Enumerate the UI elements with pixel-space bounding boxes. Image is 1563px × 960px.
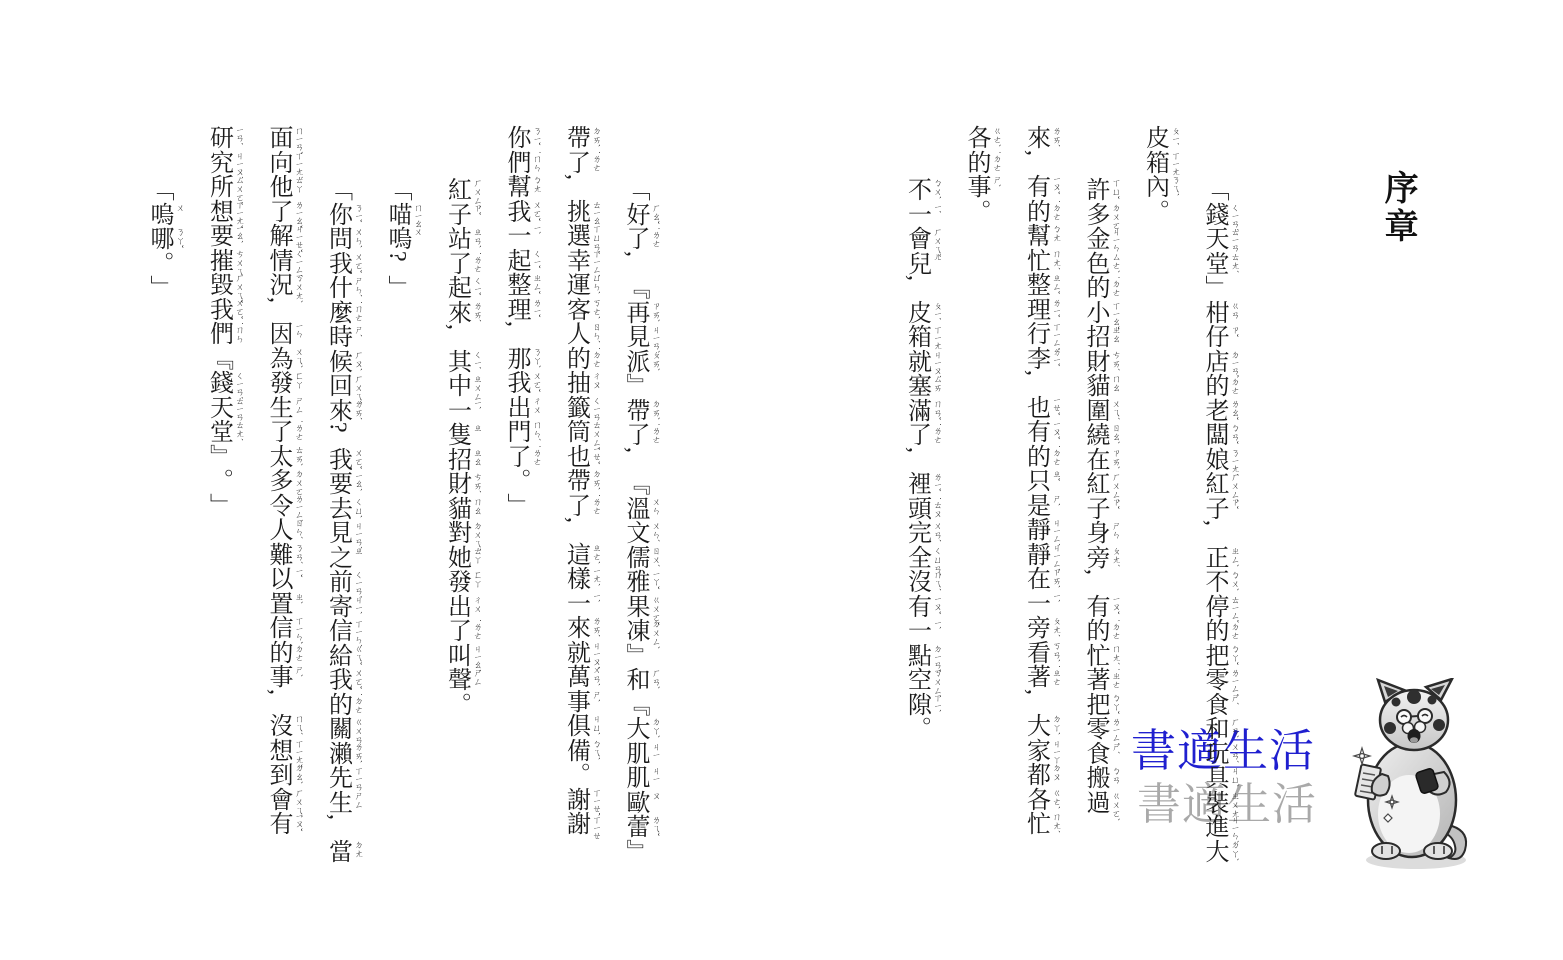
zhuyin-annotation: ㄨㄛˇ <box>353 668 363 689</box>
han-character: 要ㄧㄠˋ <box>207 223 231 248</box>
punctuation: , <box>1024 150 1048 175</box>
han-character: 客ㄎㄜˋ <box>564 297 588 322</box>
zhuyin-annotation: ㄅㄤ <box>532 175 542 193</box>
zhuyin-annotation: ㄆㄧˊ <box>1170 126 1180 145</box>
zhuyin-annotation: ㄘㄨㄟ <box>234 249 244 276</box>
zhuyin-annotation: ㄍㄟˇ <box>353 644 363 665</box>
zhuyin-annotation: ˙ㄇㄣ <box>532 151 542 172</box>
zhuyin-annotation: ㄕㄥ <box>294 396 304 414</box>
han-character: 什ㄕㄣˊ <box>326 275 350 300</box>
han-character: 整ㄓㄥˇ <box>1024 272 1048 297</box>
zhuyin-annotation: ㄨㄛˇ <box>532 200 542 221</box>
han-character: 滿ㄇㄢˇ <box>905 398 929 423</box>
han-character: 向ㄒㄧㄤˋ <box>266 150 290 175</box>
zhuyin-annotation: ㄅㄨˋ <box>1230 570 1240 591</box>
zhuyin-annotation: ㄧˋ <box>591 592 601 602</box>
text-column: 來ㄌㄞˊ,有ㄧㄡˇ的˙ㄉㄜ幫ㄅㄤ忙ㄇㄤˊ整ㄓㄥˇ理ㄌㄧˇ行ㄒㄧㄥˊ李ㄌㄧˇ,也ㄧ… <box>1024 125 1048 836</box>
zhuyin-annotation: ㄗㄞˋ <box>1111 448 1121 469</box>
zhuyin-annotation: ˙ㄉㄜ <box>1111 619 1121 640</box>
han-character: 裝ㄓㄨㄤ <box>1202 790 1226 815</box>
zhuyin-annotation: ㄌㄞˊ <box>1051 126 1061 147</box>
han-character: 有ㄧㄡˇ <box>266 811 290 836</box>
zhuyin-annotation: ㄏㄡˋ <box>353 350 363 371</box>
han-character: 完ㄨㄢˊ <box>905 520 929 545</box>
zhuyin-annotation: ㄌㄞˋ <box>353 742 363 763</box>
zhuyin-annotation: ㄘㄞˊ <box>1111 350 1121 371</box>
zhuyin-annotation: ˙ㄌㄜ <box>651 423 661 444</box>
zhuyin-annotation: ˙ㄓㄜ <box>1051 665 1061 686</box>
punctuation: 。 <box>504 468 528 493</box>
zhuyin-annotation: ㄓ <box>472 423 482 432</box>
punctuation: , <box>623 251 647 276</box>
han-character: 隻ㄓ <box>445 422 469 447</box>
han-character: 身ㄕㄣ <box>1083 520 1107 545</box>
zhuyin-annotation: ㄎㄢˋ <box>1051 641 1061 662</box>
han-character: 財ㄘㄞˊ <box>445 471 469 496</box>
zhuyin-annotation: ㄖㄣˊ <box>591 322 601 343</box>
zhuyin-annotation: ㄋㄚˋ <box>532 347 542 368</box>
text-column: 「嗚ㄨ哪ㄋㄚˇ。」 <box>147 177 171 300</box>
zhuyin-annotation: ㄑㄧˊ <box>472 350 482 369</box>
han-character: 我ㄨㄛˇ <box>326 447 350 472</box>
punctuation: 。 <box>207 468 231 493</box>
han-character: 籤ㄑㄧㄢ <box>564 395 588 420</box>
zhuyin-annotation: ㄧㄤˋ <box>591 567 601 586</box>
han-character: 再ㄗㄞˋ <box>623 300 647 325</box>
zhuyin-annotation: ㄍㄢ <box>1230 301 1240 319</box>
zhuyin-annotation: ㄑㄧㄢ <box>591 396 601 421</box>
han-character: 我ㄨㄛˇ <box>326 251 350 276</box>
han-character: 他ㄊㄚ <box>266 174 290 199</box>
cat-spot-right <box>1428 696 1437 705</box>
punctuation: , <box>266 689 290 714</box>
zhuyin-annotation: ㄐㄧ <box>651 742 661 758</box>
han-character: 金ㄐㄧㄣ <box>1083 226 1107 251</box>
punctuation: 。 <box>147 251 171 276</box>
zhuyin-annotation: ㄆㄞˋ <box>651 350 661 371</box>
han-character: 樣ㄧㄤˋ <box>564 566 588 591</box>
zhuyin-annotation: ㄨ <box>175 203 185 212</box>
zhuyin-annotation: ㄐㄩˋ <box>591 714 601 735</box>
han-character: 有ㄧㄡˇ <box>1024 419 1048 444</box>
han-character: 有ㄧㄡˇ <box>1024 174 1048 199</box>
zhuyin-annotation: ㄧㄡˇ <box>294 812 304 831</box>
han-character: 了˙ㄌㄜ <box>623 226 647 251</box>
zhuyin-annotation: ˙ㄉㄜ <box>1111 276 1121 297</box>
han-character: 嗚ㄨ <box>147 202 171 227</box>
punctuation: , <box>504 321 528 346</box>
han-character: 的˙ㄉㄜ <box>1083 618 1107 643</box>
zhuyin-annotation: ˙ㄌㄜ <box>651 227 661 248</box>
zhuyin-annotation: ㄧㄢˊ <box>234 126 244 145</box>
han-character: 的˙ㄉㄜ <box>1024 199 1048 224</box>
han-character: 全ㄑㄩㄢˊ <box>905 545 929 570</box>
zhuyin-annotation: ㄩㄣˋ <box>591 273 601 294</box>
zhuyin-annotation: ㄨㄛˇ <box>234 298 244 319</box>
zhuyin-annotation: ㄏㄢˋ <box>651 668 661 689</box>
zhuyin-annotation: ㄧˊ <box>932 203 942 213</box>
zhuyin-annotation: ㄕˋ <box>294 665 304 677</box>
han-character: 不ㄅㄨˋ <box>905 177 929 202</box>
zhuyin-annotation: ㄧㄡˇ <box>1051 175 1061 194</box>
han-character: 整ㄓㄥˇ <box>504 272 528 297</box>
han-character: 謝ㄒㄧㄝˋ <box>564 787 588 812</box>
han-character: 小ㄒㄧㄠˇ <box>1083 300 1107 325</box>
text-column: 面ㄇㄧㄢˋ向ㄒㄧㄤˋ他ㄊㄚ了ㄌㄧㄠˇ解ㄐㄧㄝˇ情ㄑㄧㄥˊ況ㄎㄨㄤˋ,因ㄧㄣ為ㄨㄟ… <box>266 125 290 836</box>
chapter-title: 序章 <box>1379 170 1417 246</box>
zhuyin-annotation: ㄔㄨ <box>472 595 482 613</box>
text-column: 不ㄅㄨˋ一ㄧˊ會ㄏㄨㄟˇ兒ㄦ,皮ㄆㄧˊ箱ㄒㄧㄤ就ㄐㄧㄡˋ塞ㄙㄞ滿ㄇㄢˇ了˙ㄌㄜ,… <box>905 177 929 741</box>
zhuyin-annotation: ㄧㄝˇ <box>1051 396 1061 415</box>
han-character: 了ㄌㄧㄠˇ <box>266 199 290 224</box>
zhuyin-annotation: ㄓ <box>353 546 363 555</box>
han-character: 來ㄌㄞˊ <box>1024 125 1048 150</box>
han-character: 子ㄗˇ <box>445 202 469 227</box>
han-character: 李ㄌㄧˇ <box>1024 346 1048 371</box>
han-character: 仔ㄗˇ <box>1202 324 1226 349</box>
han-character: 具ㄐㄩˋ <box>1202 765 1226 790</box>
zhuyin-annotation: ㄎㄜˋ <box>591 298 601 319</box>
han-character: 了˙ㄌㄜ <box>266 419 290 444</box>
han-character: 文ㄨㄣˊ <box>623 520 647 545</box>
zhuyin-annotation: ㄌㄠˇ <box>1230 399 1240 420</box>
han-character: 把ㄅㄚˇ <box>1083 692 1107 717</box>
han-character: 的˙ㄉㄜ <box>266 640 290 665</box>
zhuyin-annotation: ㄨㄛˇ <box>353 448 363 469</box>
zhuyin-annotation: ㄌㄧˇ <box>932 472 942 491</box>
han-character: 錢ㄑㄧㄢˊ <box>1202 202 1226 227</box>
zhuyin-annotation: ˙ㄌㄜ <box>932 423 942 444</box>
cat-cheek-right <box>1433 719 1445 731</box>
punctuation: , <box>266 297 290 322</box>
zhuyin-annotation: ㄓㄠ <box>472 448 482 466</box>
zhuyin-annotation: ㄙㄞ <box>932 374 942 392</box>
zhuyin-annotation: ㄓㄥˇ <box>1051 273 1061 294</box>
han-character: 事ㄕˋ <box>564 689 588 714</box>
zhuyin-annotation: ㄓˇ <box>1051 469 1061 481</box>
zhuyin-annotation: ㄌㄞˊ <box>472 301 482 322</box>
han-character: 叫ㄐㄧㄠˋ <box>445 643 469 668</box>
zhuyin-annotation: ˙ㄌㄜ <box>472 252 482 273</box>
zhuyin-annotation: ㄋㄢˊ <box>294 543 304 564</box>
han-character: 一ㄧˋ <box>905 618 929 643</box>
zhuyin-annotation: ㄍㄜˋ <box>992 126 1002 147</box>
zhuyin-annotation: ㄨㄢˊ <box>932 521 942 542</box>
han-character: 去ㄑㄩˋ <box>326 496 350 521</box>
han-character: 之ㄓ <box>326 545 350 570</box>
zhuyin-annotation: ㄊㄧㄢ <box>234 396 244 421</box>
han-character: 因ㄧㄣ <box>266 321 290 346</box>
han-character: 站ㄓㄢˋ <box>445 226 469 251</box>
han-character: 帶ㄉㄞˋ <box>623 398 647 423</box>
han-character: 理ㄌㄧˇ <box>504 297 528 322</box>
zhuyin-annotation: ㄇㄧㄠ <box>413 203 423 228</box>
zhuyin-annotation: ㄉㄚˋ <box>1051 714 1061 735</box>
zhuyin-annotation: ㄇㄤˊ <box>1051 249 1061 270</box>
zhuyin-annotation: ㄊㄚ <box>472 546 482 564</box>
han-character: 點ㄉㄧㄢˇ <box>905 643 929 668</box>
han-character: 肌ㄐㄧ <box>623 765 647 790</box>
han-character: 紅ㄏㄨㄥˊ <box>445 177 469 202</box>
zhuyin-annotation: ˙ㄉㄜ <box>294 641 304 662</box>
zhuyin-annotation: ˙ㄉㄜ <box>992 151 1002 172</box>
zhuyin-annotation: ㄏㄢˋ <box>1230 717 1240 738</box>
han-character: 把ㄅㄚˇ <box>1202 643 1226 668</box>
zhuyin-annotation: ㄇㄠ <box>472 497 482 515</box>
text-column: 「你ㄋㄧˇ問ㄨㄣˋ我ㄨㄛˇ什ㄕㄣˊ麼˙ㄇㄜ時ㄕˊ候ㄏㄡˋ回ㄏㄨㄟˊ來ㄌㄞˊ?我ㄨ… <box>326 177 350 863</box>
han-character: 沒ㄇㄟˊ <box>266 713 290 738</box>
han-character: 忙ㄇㄤˊ <box>1024 248 1048 273</box>
han-character: 箱ㄒㄧㄤ <box>905 324 929 349</box>
zhuyin-annotation: ㄇㄟˊ <box>932 570 942 591</box>
zhuyin-annotation: ㄕㄣ <box>1111 521 1121 539</box>
han-character: 食ㄕˊ <box>1083 741 1107 766</box>
text-column: 「好ㄏㄠˇ了˙ㄌㄜ,『再ㄗㄞˋ見ㄐㄧㄢˋ派ㄆㄞˋ』帶ㄉㄞˋ了˙ㄌㄜ,『溫ㄨㄣ文ㄨ… <box>623 177 647 863</box>
han-character: 果ㄍㄨㄛˇ <box>623 594 647 619</box>
han-character: 發ㄈㄚ <box>445 569 469 594</box>
han-character: 許ㄒㄩˇ <box>1083 177 1107 202</box>
cat-cheek-left <box>1384 722 1396 734</box>
zhuyin-annotation: ㄧㄠˋ <box>234 224 244 243</box>
han-character: 對ㄉㄨㄟˋ <box>445 520 469 545</box>
cat-held-snack <box>1415 768 1450 795</box>
zhuyin-annotation: ˙ㄉㄜ <box>1051 445 1061 466</box>
zhuyin-annotation: ㄑㄧˇ <box>472 276 482 295</box>
punctuation: 『 <box>207 346 231 371</box>
han-character: 零ㄌㄧㄥˊ <box>1202 667 1226 692</box>
zhuyin-annotation: ㄆㄧˊ <box>932 301 942 320</box>
lucky-cat-illustration <box>1352 678 1477 873</box>
zhuyin-annotation: ㄓㄠ <box>1111 325 1121 343</box>
han-character: 只ㄓˇ <box>1024 468 1048 493</box>
han-character: 天ㄊㄧㄢ <box>207 395 231 420</box>
zhuyin-annotation: ㄅㄨˋ <box>932 178 942 199</box>
zhuyin-annotation: ㄓㄥˇ <box>532 273 542 294</box>
zhuyin-annotation: ㄉㄚˋ <box>651 717 661 738</box>
text-column: 你ㄋㄧˇ們˙ㄇㄣ幫ㄅㄤ我ㄨㄛˇ一ㄧˋ起ㄑㄧˇ整ㄓㄥˇ理ㄌㄧˇ,那ㄋㄚˋ我ㄨㄛˇ出… <box>504 125 528 517</box>
han-character: 中ㄓㄨㄥ <box>445 373 469 398</box>
zhuyin-annotation: ㄓㄥˋ <box>1230 546 1240 567</box>
han-character: 各ㄍㄜˋ <box>1024 787 1048 812</box>
punctuation: 。 <box>905 716 929 741</box>
zhuyin-annotation: ㄕˊ <box>1230 693 1240 705</box>
zhuyin-annotation: ㄨㄢˊ <box>1230 742 1240 763</box>
zhuyin-annotation: ㄕˊ <box>353 325 363 337</box>
zhuyin-annotation: ㄓㄨㄤ <box>1230 791 1240 818</box>
zhuyin-annotation: ㄗˇ <box>1230 325 1240 337</box>
han-character: 頭˙ㄊㄡ <box>905 496 929 521</box>
han-character: 毀ㄏㄨㄟˇ <box>207 272 231 297</box>
han-character: 麼˙ㄇㄜ <box>326 300 350 325</box>
han-character: 謝˙ㄒㄧㄝ <box>564 811 588 836</box>
han-character: 先ㄒㄧㄢ <box>326 765 350 790</box>
han-character: 了˙ㄌㄜ <box>623 422 647 447</box>
zhuyin-annotation: ㄊㄤˊ <box>234 420 244 441</box>
han-character: 大ㄉㄚˋ <box>623 716 647 741</box>
han-character: 寄ㄐㄧˋ <box>326 594 350 619</box>
zhuyin-annotation: ㄧˇ <box>294 567 304 577</box>
zhuyin-annotation: ㄉㄨㄛ <box>1111 203 1121 230</box>
zhuyin-annotation: ㄨㄢˋ <box>591 665 601 686</box>
zhuyin-annotation: ㄈㄚ <box>294 371 304 389</box>
han-character: 紅ㄏㄨㄥˊ <box>1202 471 1226 496</box>
han-character: 也ㄧㄝˇ <box>564 444 588 469</box>
han-character: 幫ㄅㄤ <box>504 174 528 199</box>
zhuyin-annotation: ㄊㄧㄠ <box>591 200 601 225</box>
zhuyin-annotation: ㄔㄡ <box>591 371 601 389</box>
zhuyin-annotation: ㄖㄠˋ <box>1111 423 1121 444</box>
han-character: 的˙ㄉㄜ <box>564 346 588 371</box>
han-character: 過ㄍㄨㄛˋ <box>1083 790 1107 815</box>
zhuyin-annotation: ㄕˋ <box>992 175 1002 187</box>
zhuyin-annotation: ㄨㄣˊ <box>651 521 661 542</box>
punctuation: 「 <box>385 177 409 202</box>
han-character: 摧ㄘㄨㄟ <box>207 248 231 273</box>
zhuyin-annotation: ㄖㄨˊ <box>651 546 661 567</box>
zhuyin-annotation: ㄙㄜˋ <box>1111 252 1121 273</box>
zhuyin-annotation: ㄗㄞˋ <box>1051 567 1061 588</box>
han-character: 人ㄖㄣˊ <box>266 517 290 542</box>
han-character: 店ㄉㄧㄢˋ <box>1202 349 1226 374</box>
han-character: 看ㄎㄢˋ <box>1024 640 1048 665</box>
han-character: 事ㄕˋ <box>266 664 290 689</box>
zhuyin-annotation: ㄐㄧㄚ <box>1051 739 1061 764</box>
zhuyin-annotation: ˙ㄉㄜ <box>1230 374 1240 395</box>
zhuyin-annotation: ㄇㄢˇ <box>932 399 942 420</box>
punctuation: 。 <box>445 692 469 717</box>
punctuation: , <box>1083 569 1107 594</box>
han-character: 皮ㄆㄧˊ <box>905 300 929 325</box>
punctuation: 「 <box>147 177 171 202</box>
han-character: 靜ㄐㄧㄥˋ <box>1024 517 1048 542</box>
zhuyin-annotation: ㄒㄧㄤ <box>932 325 942 350</box>
han-character: 儒ㄖㄨˊ <box>623 545 647 570</box>
han-character: 想ㄒㄧㄤˇ <box>266 738 290 763</box>
zhuyin-annotation: ㄊㄤˊ <box>1230 252 1240 273</box>
zhuyin-annotation: ㄧㄡˇ <box>1051 420 1061 439</box>
punctuation: 『 <box>623 471 647 496</box>
zhuyin-annotation: ˙ㄉㄜ <box>591 347 601 368</box>
zhuyin-annotation: ˙ㄉㄜ <box>1051 200 1061 221</box>
punctuation: 。 <box>964 199 988 224</box>
han-character: 兒ㄦ <box>905 251 929 276</box>
han-character: 闆ㄅㄢˇ <box>1202 422 1226 447</box>
han-character: 發ㄈㄚ <box>266 370 290 395</box>
zhuyin-annotation: ㄨㄟˊ <box>1111 399 1121 420</box>
han-character: 和ㄏㄢˋ <box>1202 716 1226 741</box>
punctuation: 。 <box>564 762 588 787</box>
han-character: 想ㄒㄧㄤˇ <box>207 199 231 224</box>
zhuyin-annotation: ㄐㄧˋ <box>353 595 363 614</box>
punctuation: 「 <box>326 177 350 202</box>
zhuyin-annotation: ㄡ <box>651 791 661 800</box>
han-character: 太ㄊㄞˋ <box>266 444 290 469</box>
zhuyin-annotation: ˙ㄒㄧㄝ <box>591 812 601 840</box>
punctuation: 「 <box>623 177 647 202</box>
zhuyin-annotation: ㄔㄨ <box>532 396 542 414</box>
han-character: 你ㄋㄧˇ <box>504 125 528 150</box>
zhuyin-annotation: ㄕㄥ <box>353 791 363 809</box>
zhuyin-annotation: ㄉㄡ <box>1051 763 1061 781</box>
han-character: 沒ㄇㄟˊ <box>905 569 929 594</box>
han-character: 會ㄏㄨㄟˇ <box>905 226 929 251</box>
han-character: 理ㄌㄧˇ <box>1024 297 1048 322</box>
zhuyin-annotation: ㄐㄩˋ <box>1230 766 1240 787</box>
han-character: 旁ㄆㄤˊ <box>1083 545 1107 570</box>
punctuation: , <box>1024 370 1048 395</box>
han-character: 是ㄕˋ <box>1024 493 1048 518</box>
han-character: 來ㄌㄞˊ <box>326 398 350 423</box>
han-character: 箱ㄒㄧㄤ <box>1143 150 1167 175</box>
han-character: 關ㄍㄨㄢ <box>326 716 350 741</box>
zhuyin-annotation: ㄉㄞˋ <box>591 469 601 490</box>
punctuation: , <box>326 814 350 839</box>
han-character: 貓ㄇㄠ <box>445 496 469 521</box>
punctuation: 」 <box>147 275 171 300</box>
punctuation: 」 <box>207 493 231 518</box>
han-character: 這ㄓㄜˋ <box>564 542 588 567</box>
han-character: 雅ㄧㄚˇ <box>623 569 647 594</box>
han-character: 來ㄌㄞˊ <box>445 300 469 325</box>
han-character: 歐ㄡ <box>623 790 647 815</box>
zhuyin-annotation: ˙ㄓㄜ <box>1111 668 1121 689</box>
han-character: 正ㄓㄥˋ <box>1202 545 1226 570</box>
zhuyin-annotation: ㄅㄚˇ <box>1111 693 1121 714</box>
han-character: 大ㄉㄚˋ <box>1202 839 1226 864</box>
han-character: 為ㄨㄟˋ <box>266 346 290 371</box>
zhuyin-annotation: ˙ㄊㄡ <box>932 497 942 518</box>
han-character: 的˙ㄉㄜ <box>1083 275 1107 300</box>
punctuation: ? <box>326 422 350 447</box>
cat-foot-right <box>1424 843 1452 859</box>
han-character: 溫ㄨㄣ <box>623 496 647 521</box>
han-character: 的˙ㄉㄜ <box>964 150 988 175</box>
zhuyin-annotation: ㄋㄧˇ <box>353 203 363 222</box>
han-character: 幫ㄅㄤ <box>1024 223 1048 248</box>
han-character: 問ㄨㄣˋ <box>326 226 350 251</box>
han-character: 我ㄨㄛˇ <box>504 199 528 224</box>
han-character: 停ㄊㄧㄥˊ <box>1202 594 1226 619</box>
zhuyin-annotation: ㄌㄞˊ <box>353 399 363 420</box>
han-character: 你ㄋㄧˇ <box>326 202 350 227</box>
punctuation: 』 <box>207 444 231 469</box>
han-character: 好ㄏㄠˇ <box>623 202 647 227</box>
han-character: 的˙ㄉㄜ <box>326 692 350 717</box>
zhuyin-annotation: ㄉㄚˋ <box>1230 840 1240 861</box>
zhuyin-annotation: ㄌㄧˇ <box>532 298 542 317</box>
han-character: 了˙ㄌㄜ <box>504 444 528 469</box>
han-character: 見ㄐㄧㄢˋ <box>623 324 647 349</box>
zhuyin-annotation: ㄕˋ <box>591 690 601 702</box>
zhuyin-annotation: ㄏㄠˇ <box>651 203 661 224</box>
han-character: 會ㄏㄨㄟˋ <box>266 787 290 812</box>
han-character: 行ㄒㄧㄥˊ <box>1024 321 1048 346</box>
zhuyin-annotation: ㄐㄧ <box>651 766 661 782</box>
punctuation: 「 <box>1202 177 1226 202</box>
han-character: 了˙ㄌㄜ <box>445 251 469 276</box>
zhuyin-annotation: ㄌㄞˊ <box>591 616 601 637</box>
zhuyin-annotation: ㄋㄟˋ <box>1170 175 1180 196</box>
han-character: 有ㄧㄡˇ <box>905 594 929 619</box>
han-character: 帶ㄉㄞˋ <box>564 468 588 493</box>
han-character: 事ㄕˋ <box>964 174 988 199</box>
zhuyin-annotation: ㄒㄧˋ <box>932 693 942 712</box>
zhuyin-annotation: ㄌㄧˇ <box>1051 298 1061 317</box>
zhuyin-annotation: ㄕㄥ <box>472 668 482 686</box>
han-character: 筒ㄊㄨㄥˇ <box>564 419 588 444</box>
han-character: 以ㄧˇ <box>266 566 290 591</box>
han-character: 時ㄕˊ <box>326 324 350 349</box>
